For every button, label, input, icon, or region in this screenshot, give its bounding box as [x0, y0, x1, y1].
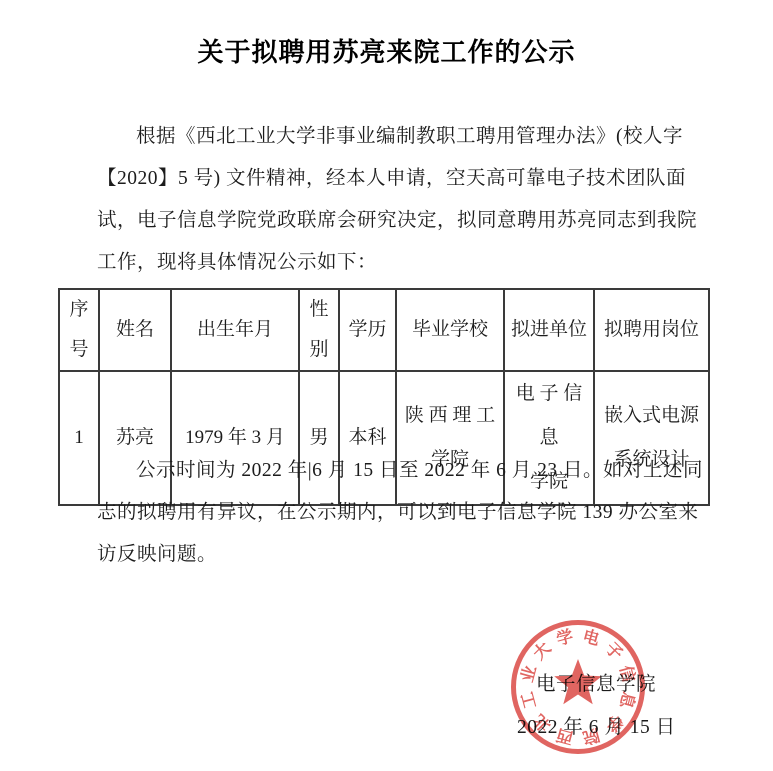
header-target-unit: 拟进单位: [504, 289, 594, 371]
paragraph-basis: 根据《西北工业大学非事业编制教职工聘用管理办法》(校人字 【2020】5 号) …: [97, 116, 697, 284]
header-birth-date: 出生年月: [171, 289, 299, 371]
paragraph-publicity-period: 公示时间为 2022 年|6 月 15 日至 2022 年 6 月 23 日。如…: [97, 450, 697, 576]
cell-serial-number: 1: [59, 371, 99, 505]
header-graduate-school: 毕业学校: [396, 289, 504, 371]
signature-unit: 电子信息学院: [536, 668, 656, 696]
svg-text:学: 学: [554, 625, 576, 649]
paragraph-line: 工作，现将具体情况公示如下：: [97, 242, 697, 284]
paragraph-line: 公示时间为 2022 年|6 月 15 日至 2022 年 6 月 23 日。如…: [97, 450, 697, 492]
header-proposed-position: 拟聘用岗位: [594, 289, 709, 371]
header-serial-number: 序 号: [59, 289, 99, 371]
svg-text:大: 大: [529, 637, 555, 663]
announcement-document: 关于拟聘用苏亮来院工作的公示 根据《西北工业大学非事业编制教职工聘用管理办法》(…: [0, 0, 773, 771]
signature-date: 2022 年 6 月 15 日: [517, 711, 676, 739]
header-gender: 性 别: [299, 289, 339, 371]
paragraph-line: 试，电子信息学院党政联席会研究决定，拟同意聘用苏亮同志到我院: [97, 200, 697, 242]
paragraph-line: 根据《西北工业大学非事业编制教职工聘用管理办法》(校人字: [97, 116, 697, 158]
svg-text:子: 子: [602, 638, 627, 663]
paragraph-line: 【2020】5 号) 文件精神，经本人申请，空天高可靠电子技术团队面: [97, 158, 697, 200]
paragraph-line: 志的拟聘用有异议，在公示期内，可以到电子信息学院 139 办公室来: [97, 492, 697, 534]
header-name: 姓名: [99, 289, 171, 371]
paragraph-line: 访反映问题。: [97, 534, 697, 576]
table-header-row: 序 号 姓名 出生年月 性 别 学历 毕业学校 拟进单位 拟聘用岗位: [59, 289, 709, 371]
page-title: 关于拟聘用苏亮来院工作的公示: [0, 32, 773, 69]
svg-text:电: 电: [581, 625, 603, 649]
header-education: 学历: [339, 289, 396, 371]
